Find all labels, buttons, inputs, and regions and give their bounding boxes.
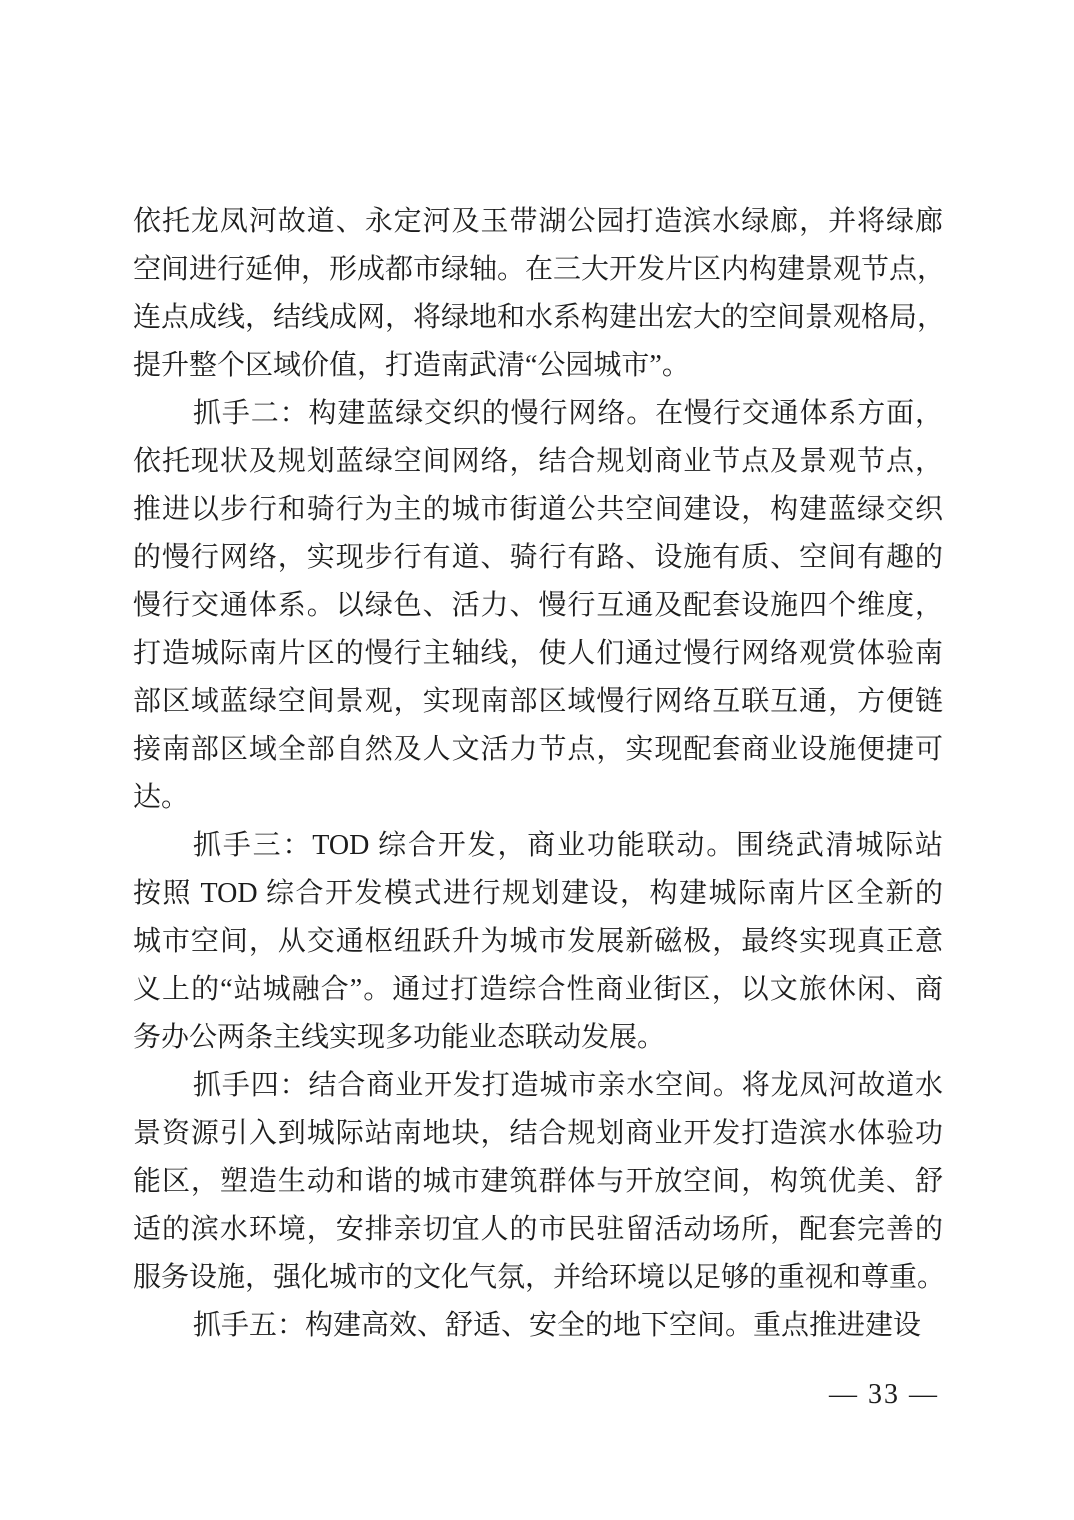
text-line: 城市空间，从交通枢纽跃升为城市发展新磁极，最终实现真正意 [133, 918, 943, 966]
paragraph: 抓手三：TOD 综合开发，商业功能联动。围绕武清城际站按照 TOD 综合开发模式… [133, 822, 943, 1062]
text-line: 依托现状及规划蓝绿空间网络，结合规划商业节点及景观节点， [133, 438, 943, 486]
text-line: 能区，塑造生动和谐的城市建筑群体与开放空间，构筑优美、舒 [133, 1158, 943, 1206]
text-line: 的慢行网络，实现步行有道、骑行有路、设施有质、空间有趣的 [133, 534, 943, 582]
text-line: 部区域蓝绿空间景观，实现南部区域慢行网络互联互通，方便链 [133, 678, 943, 726]
text-line: 空间进行延伸，形成都市绿轴。在三大开发片区内构建景观节点， [133, 246, 943, 294]
text-line: 抓手四：结合商业开发打造城市亲水空间。将龙凤河故道水 [133, 1062, 943, 1110]
text-line: 抓手三：TOD 综合开发，商业功能联动。围绕武清城际站 [133, 822, 943, 870]
text-line: 接南部区域全部自然及人文活力节点，实现配套商业设施便捷可 [133, 726, 943, 774]
text-line: 依托龙凤河故道、永定河及玉带湖公园打造滨水绿廊，并将绿廊 [133, 198, 943, 246]
text-line: 抓手五：构建高效、舒适、安全的地下空间。重点推进建设 [133, 1302, 943, 1350]
text-line: 提升整个区域价值，打造南武清“公园城市”。 [133, 342, 943, 390]
page-number: — 33 — [829, 1378, 939, 1412]
text-line: 义上的“站城融合”。通过打造综合性商业街区，以文旅休闲、商 [133, 966, 943, 1014]
text-line: 推进以步行和骑行为主的城市街道公共空间建设，构建蓝绿交织 [133, 486, 943, 534]
text-line: 务办公两条主线实现多功能业态联动发展。 [133, 1014, 943, 1062]
text-line: 景资源引入到城际站南地块，结合规划商业开发打造滨水体验功 [133, 1110, 943, 1158]
paragraph: 抓手五：构建高效、舒适、安全的地下空间。重点推进建设 [133, 1302, 943, 1350]
document-page: 依托龙凤河故道、永定河及玉带湖公园打造滨水绿廊，并将绿廊空间进行延伸，形成都市绿… [0, 0, 1074, 1520]
text-line: 达。 [133, 774, 943, 822]
text-line: 打造城际南片区的慢行主轴线，使人们通过慢行网络观赏体验南 [133, 630, 943, 678]
paragraph: 依托龙凤河故道、永定河及玉带湖公园打造滨水绿廊，并将绿廊空间进行延伸，形成都市绿… [133, 198, 943, 390]
text-line: 适的滨水环境，安排亲切宜人的市民驻留活动场所，配套完善的 [133, 1206, 943, 1254]
text-line: 连点成线，结线成网，将绿地和水系构建出宏大的空间景观格局， [133, 294, 943, 342]
paragraph: 抓手二：构建蓝绿交织的慢行网络。在慢行交通体系方面，依托现状及规划蓝绿空间网络，… [133, 390, 943, 822]
text-line: 服务设施，强化城市的文化气氛，并给环境以足够的重视和尊重。 [133, 1254, 943, 1302]
text-line: 抓手二：构建蓝绿交织的慢行网络。在慢行交通体系方面， [133, 390, 943, 438]
text-block: 依托龙凤河故道、永定河及玉带湖公园打造滨水绿廊，并将绿廊空间进行延伸，形成都市绿… [133, 198, 943, 1350]
paragraph: 抓手四：结合商业开发打造城市亲水空间。将龙凤河故道水景资源引入到城际站南地块，结… [133, 1062, 943, 1302]
text-line: 按照 TOD 综合开发模式进行规划建设，构建城际南片区全新的 [133, 870, 943, 918]
text-line: 慢行交通体系。以绿色、活力、慢行互通及配套设施四个维度， [133, 582, 943, 630]
